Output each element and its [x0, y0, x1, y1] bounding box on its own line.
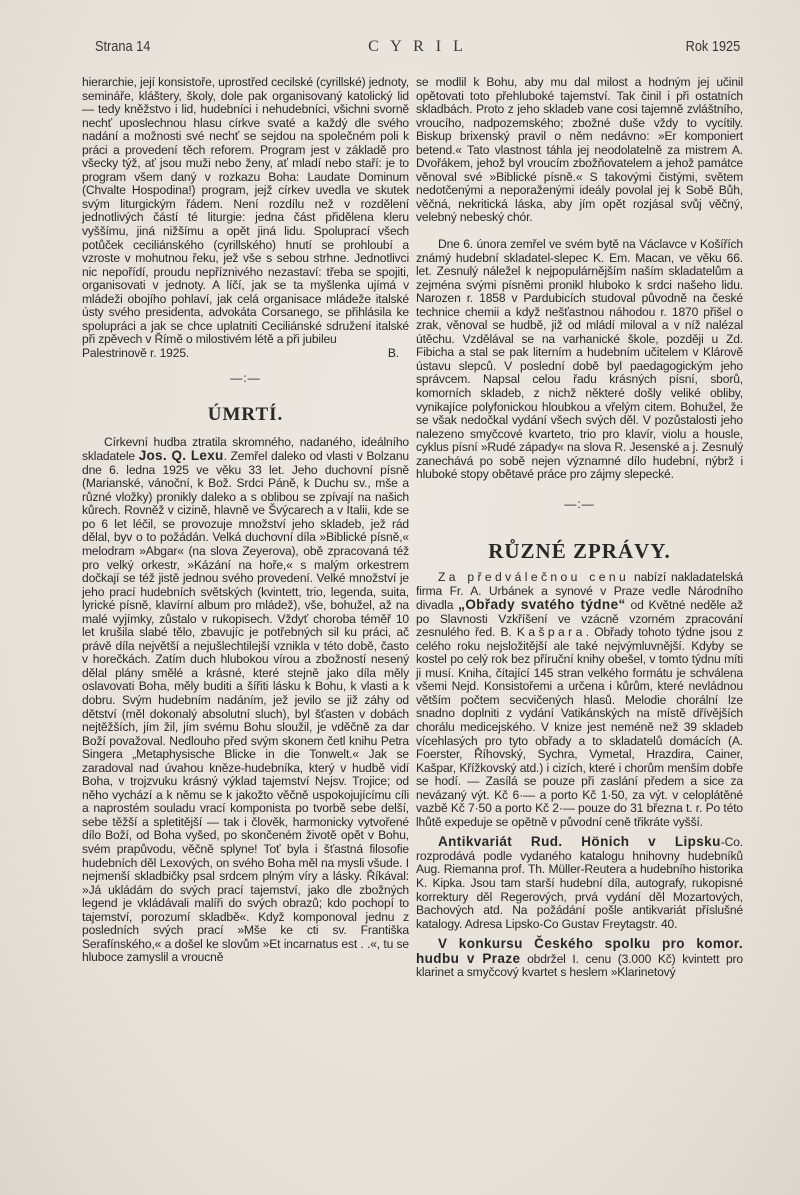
author-name: Kašpara: [517, 625, 586, 639]
magazine-page: Strana 14 C Y R I L Rok 1925 hierarchie,…: [0, 0, 800, 1195]
intro-paragraph: hierarchie, její konsistoře, uprostřed c…: [82, 76, 409, 347]
news-item-antiquariat: Antikvariát Rud. Hönich v Lipsku-Co. roz…: [416, 835, 743, 931]
intro-signoff: Palestrinově r. 1925. B.: [82, 347, 409, 361]
book-title: „Obřady svatého týdne“: [458, 597, 625, 612]
obituary-text-rest: . Zemřel daleko od vlasti v Bolzanu dne …: [82, 449, 409, 964]
obituary-macan: Dne 6. února zemřel ve svém bytě na Václ…: [416, 238, 743, 482]
page-number: Strana 14: [95, 38, 150, 55]
section-divider: —:—: [82, 372, 409, 386]
intro-last-line: Palestrinově r. 1925.: [82, 347, 189, 361]
composer-name: Jos. Q. Lexu: [139, 448, 224, 463]
news-item-konkurs: V konkursu Českého spolku pro komor. hud…: [416, 937, 743, 980]
news-spaced-lead: Za předválečnou cenu: [438, 570, 629, 584]
page-header: Strana 14 C Y R I L Rok 1925: [95, 38, 740, 60]
news-text: -Co. rozprodává podle vydaného katalogu …: [416, 835, 743, 930]
left-column: hierarchie, její konsistoře, uprostřed c…: [82, 76, 409, 965]
right-column: se modlil k Bohu, aby mu dal milost a ho…: [416, 76, 743, 980]
news-item-urbanek: Za předválečnou cenu nabízí nakladatelsk…: [416, 571, 743, 829]
antiquariat-name: Antikvariát Rud. Hönich v Lipsku: [438, 834, 721, 849]
magazine-title: C Y R I L: [368, 38, 467, 56]
obituary-heading: ÚMRTÍ.: [82, 408, 409, 422]
section-divider-2: —:—: [416, 498, 743, 512]
news-text: . Obřady tohoto týdne jsou z celého roku…: [416, 625, 743, 829]
publication-year: Rok 1925: [685, 38, 740, 55]
obituary-continued: se modlil k Bohu, aby mu dal milost a ho…: [416, 76, 743, 225]
obituary-paragraph: Církevní hudba ztratila skromného, nadan…: [82, 436, 409, 965]
news-heading: RŮZNÉ ZPRÁVY.: [416, 545, 743, 559]
intro-signature: B.: [388, 347, 409, 361]
